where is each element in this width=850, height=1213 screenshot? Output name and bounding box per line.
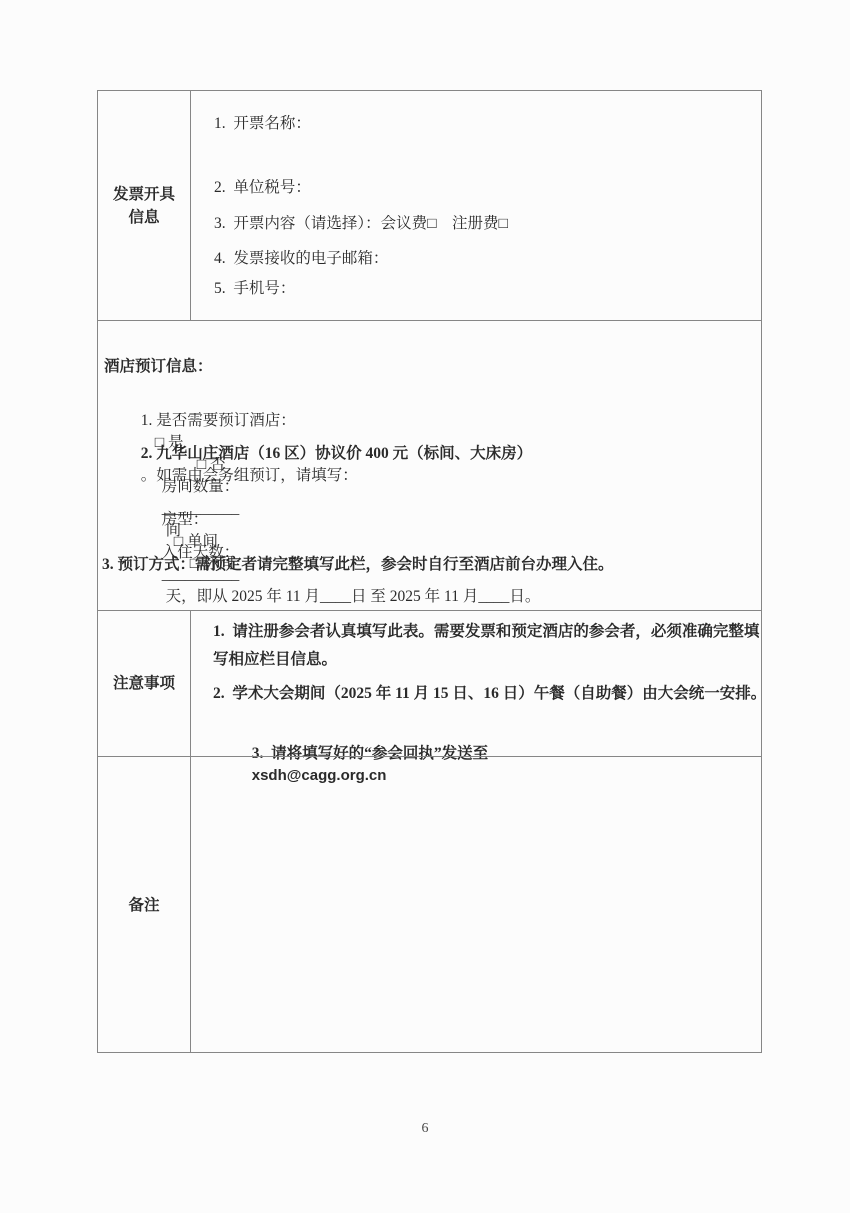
notes-item2: 2. 学术大会期间（2025 年 11 月 15 日、16 日）午餐（自助餐）由… bbox=[213, 683, 766, 705]
hotel-booking-title: 酒店预订信息： bbox=[104, 356, 213, 378]
invoice-item-tax-number: 2. 单位税号： bbox=[214, 177, 311, 199]
invoice-info-label-line2: 信息 bbox=[128, 206, 159, 229]
invoice-info-label-line1: 发票开具 bbox=[113, 183, 175, 206]
invoice-info-content-cell: 1. 开票名称： 2. 单位税号： 3. 开票内容（请选择）：会议费□ 注册费□… bbox=[191, 91, 761, 320]
notes-label: 注意事项 bbox=[113, 672, 175, 695]
notes-content-cell: 1. 请注册参会者认真填写此表。需要发票和预定酒店的参会者，必须准确完整填 写相… bbox=[191, 611, 761, 756]
invoice-item-email: 4. 发票接收的电子邮箱： bbox=[214, 248, 388, 270]
hotel-booking-row: 酒店预订信息： 1. 是否需要预订酒店： □ 是 □ 否 2. 九华山庄酒店（1… bbox=[98, 320, 761, 610]
invoice-item-phone: 5. 手机号： bbox=[214, 278, 295, 300]
registration-form-table: 发票开具 信息 1. 开票名称： 2. 单位税号： 3. 开票内容（请选择）：会… bbox=[97, 90, 762, 1053]
booking-method-line: 3. 预订方式：需预定者请完整填写此栏，参会时自行至酒店前台办理入住。 bbox=[102, 554, 614, 576]
page-number: 6 bbox=[0, 1118, 850, 1140]
notes-row: 注意事项 1. 请注册参会者认真填写此表。需要发票和预定酒店的参会者，必须准确完… bbox=[98, 610, 761, 756]
remarks-row: 备注 bbox=[98, 756, 761, 1053]
remarks-label: 备注 bbox=[128, 894, 159, 917]
remarks-label-cell: 备注 bbox=[98, 757, 191, 1053]
notes-item1-line1: 1. 请注册参会者认真填写此表。需要发票和预定酒店的参会者，必须准确完整填 bbox=[213, 621, 759, 643]
notes-item1-line2: 写相应栏目信息。 bbox=[213, 649, 337, 671]
invoice-item-content-checkboxes: 3. 开票内容（请选择）：会议费□ 注册费□ bbox=[214, 213, 508, 235]
stay-days-dates: 天，即从 2025 年 11 月____日 至 2025 年 11 月____日… bbox=[162, 588, 541, 605]
invoice-item-title-name: 1. 开票名称： bbox=[214, 113, 311, 135]
notes-label-cell: 注意事项 bbox=[98, 611, 191, 756]
invoice-info-label-cell: 发票开具 信息 bbox=[98, 91, 191, 320]
hotel-booking-cell: 酒店预订信息： 1. 是否需要预订酒店： □ 是 □ 否 2. 九华山庄酒店（1… bbox=[98, 321, 761, 610]
remarks-content-cell bbox=[191, 757, 761, 1053]
invoice-info-row: 发票开具 信息 1. 开票名称： 2. 单位税号： 3. 开票内容（请选择）：会… bbox=[98, 91, 761, 320]
